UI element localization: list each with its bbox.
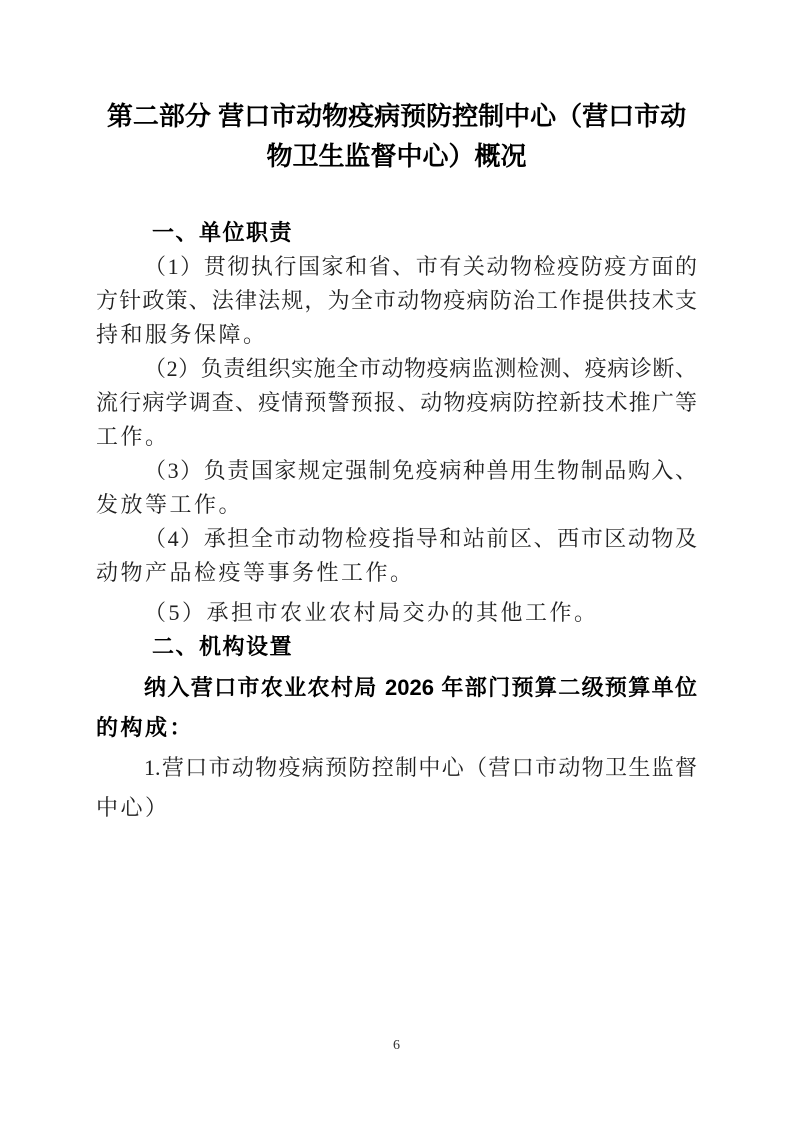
paragraph-line: 持和服务保障。 — [96, 318, 697, 352]
paragraph: （3）负责国家规定强制免疫病种兽用生物制品购入、发放等工作。 — [96, 454, 697, 522]
paragraph-line: （4）承担全市动物检疫指导和站前区、西市区动物及 — [96, 522, 697, 556]
paragraph: （1）贯彻执行国家和省、市有关动物检疫防疫方面的方针政策、法律法规，为全市动物疫… — [96, 250, 697, 352]
paragraph-line: 发放等工作。 — [96, 488, 697, 522]
paragraph-line: 1.营口市动物疫病预防控制中心（营口市动物卫生监督 — [96, 748, 697, 788]
paragraph: 1.营口市动物疫病预防控制中心（营口市动物卫生监督中心） — [96, 748, 697, 828]
paragraph: （2）负责组织实施全市动物疫病监测检测、疫病诊断、流行病学调查、疫情预警预报、动… — [96, 352, 697, 454]
paragraph-line: （3）负责国家规定强制免疫病种兽用生物制品购入、 — [96, 454, 697, 488]
document-title-line-2: 物卫生监督中心）概况 — [96, 136, 697, 176]
document-title-line-1: 第二部分 营口市动物疫病预防控制中心（营口市动 — [96, 96, 697, 136]
paragraph: 纳入营口市农业农村局 2026 年部门预算二级预算单位的构成： — [96, 668, 697, 748]
paragraph-line: 工作。 — [96, 420, 697, 454]
paragraph-line: 方针政策、法律法规，为全市动物疫病防治工作提供技术支 — [96, 284, 697, 318]
paragraph-line: 中心） — [96, 788, 697, 828]
paragraph-line: （5）承担市农业农村局交办的其他工作。 — [96, 596, 697, 630]
section-heading: 二、机构设置 — [96, 630, 697, 664]
paragraph-line: 流行病学调查、疫情预警预报、动物疫病防控新技术推广等 — [96, 386, 697, 420]
document-title: 第二部分 营口市动物疫病预防控制中心（营口市动 物卫生监督中心）概况 — [96, 96, 697, 176]
document-page: 第二部分 营口市动物疫病预防控制中心（营口市动 物卫生监督中心）概况 一、单位职… — [0, 0, 793, 1122]
paragraph-line: （2）负责组织实施全市动物疫病监测检测、疫病诊断、 — [96, 352, 697, 386]
content-blocks: 一、单位职责（1）贯彻执行国家和省、市有关动物检疫防疫方面的方针政策、法律法规，… — [96, 216, 697, 828]
paragraph: （4）承担全市动物检疫指导和站前区、西市区动物及动物产品检疫等事务性工作。 — [96, 522, 697, 590]
section-heading: 一、单位职责 — [96, 216, 697, 250]
page-number: 6 — [0, 1038, 793, 1054]
paragraph: （5）承担市农业农村局交办的其他工作。 — [96, 596, 697, 630]
paragraph-line: 动物产品检疫等事务性工作。 — [96, 556, 697, 590]
paragraph-line: 的构成： — [96, 708, 697, 748]
paragraph-line: （1）贯彻执行国家和省、市有关动物检疫防疫方面的 — [96, 250, 697, 284]
paragraph-line: 纳入营口市农业农村局 2026 年部门预算二级预算单位 — [96, 668, 697, 708]
